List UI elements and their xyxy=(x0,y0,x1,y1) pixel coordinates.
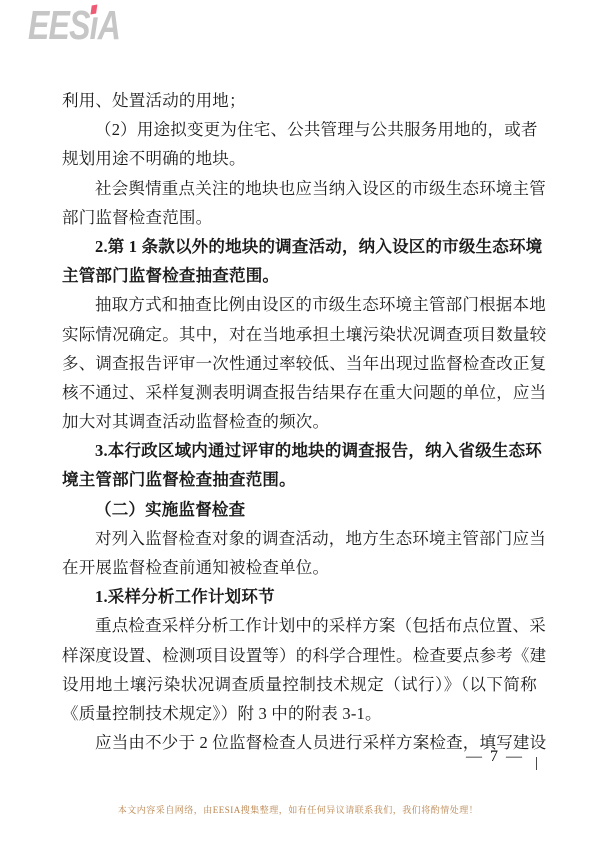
paragraph: （2）用途拟变更为住宅、公共管理与公共服务用地的，或者规划用途不明确的地块。 xyxy=(62,115,537,173)
logo-text-end: A xyxy=(98,2,120,48)
text-line: 《质量控制技术规定》）附 3 中的附表 3-1。 xyxy=(62,699,537,728)
text-line: 规划用途不明确的地块。 xyxy=(62,144,537,173)
text-line: 对列入监督检查对象的调查活动，地方生态环境主管部门应当 xyxy=(62,524,537,553)
logo: EESıA xyxy=(28,4,120,47)
logo-text-main: EES xyxy=(28,2,90,48)
stray-mark xyxy=(536,757,537,770)
text-line: 样深度设置、检测项目设置等）的科学合理性。检查要点参考《建 xyxy=(62,641,537,670)
text-line: 3.本行政区域内通过评审的地块的调查报告，纳入省级生态环 xyxy=(62,436,537,465)
paragraph: 利用、处置活动的用地； xyxy=(62,86,537,115)
text-line: （二）实施监督检查 xyxy=(62,495,537,524)
paragraph: 社会舆情重点关注的地块也应当纳入设区的市级生态环境主管部门监督检查范围。 xyxy=(62,174,537,232)
paragraph: 1.采样分析工作计划环节 xyxy=(62,582,537,611)
text-line: 部门监督检查范围。 xyxy=(62,203,537,232)
text-line: 在开展监督检查前通知被检查单位。 xyxy=(62,553,537,582)
page-number: — 7 — xyxy=(466,748,524,766)
document-page: EESıA 利用、处置活动的用地；（2）用途拟变更为住宅、公共管理与公共服务用地… xyxy=(0,0,596,842)
footer-disclaimer: 本文内容采自网络，由EESIA搜集整理，如有任何异议请联系我们，我们将酌情处理！ xyxy=(0,803,596,816)
text-line: 境主管部门监督检查抽查范围。 xyxy=(62,465,537,494)
text-line: 主管部门监督检查抽查范围。 xyxy=(62,261,537,290)
logo-letter-i: ı xyxy=(90,4,98,47)
paragraph: 3.本行政区域内通过评审的地块的调查报告，纳入省级生态环境主管部门监督检查抽查范… xyxy=(62,436,537,494)
text-line: 抽取方式和抽查比例由设区的市级生态环境主管部门根据本地 xyxy=(62,290,537,319)
paragraph: 抽取方式和抽查比例由设区的市级生态环境主管部门根据本地实际情况确定。其中，对在当… xyxy=(62,290,537,436)
text-line: 利用、处置活动的用地； xyxy=(62,86,537,115)
paragraph: 对列入监督检查对象的调查活动，地方生态环境主管部门应当在开展监督检查前通知被检查… xyxy=(62,524,537,582)
text-line: 社会舆情重点关注的地块也应当纳入设区的市级生态环境主管 xyxy=(62,174,537,203)
text-line: 设用地土壤污染状况调查质量控制技术规定（试行）》（以下简称 xyxy=(62,670,537,699)
text-line: （2）用途拟变更为住宅、公共管理与公共服务用地的，或者 xyxy=(62,115,537,144)
text-line: 核不通过、采样复测表明调查报告结果存在重大问题的单位，应当 xyxy=(62,378,537,407)
text-line: 重点检查采样分析工作计划中的采样方案（包括布点位置、采 xyxy=(62,611,537,640)
text-line: 1.采样分析工作计划环节 xyxy=(62,582,537,611)
text-line: 2.第 1 条款以外的地块的调查活动，纳入设区的市级生态环境 xyxy=(62,232,537,261)
paragraph: （二）实施监督检查 xyxy=(62,495,537,524)
document-body: 利用、处置活动的用地；（2）用途拟变更为住宅、公共管理与公共服务用地的，或者规划… xyxy=(62,86,537,757)
text-line: 多、调查报告评审一次性通过率较低、当年出现过监督检查改正复 xyxy=(62,349,537,378)
text-line: 加大对其调查活动监督检查的频次。 xyxy=(62,407,537,436)
paragraph: 重点检查采样分析工作计划中的采样方案（包括布点位置、采样深度设置、检测项目设置等… xyxy=(62,611,537,728)
paragraph: 2.第 1 条款以外的地块的调查活动，纳入设区的市级生态环境主管部门监督检查抽查… xyxy=(62,232,537,290)
text-line: 实际情况确定。其中，对在当地承担土壤污染状况调查项目数量较 xyxy=(62,320,537,349)
